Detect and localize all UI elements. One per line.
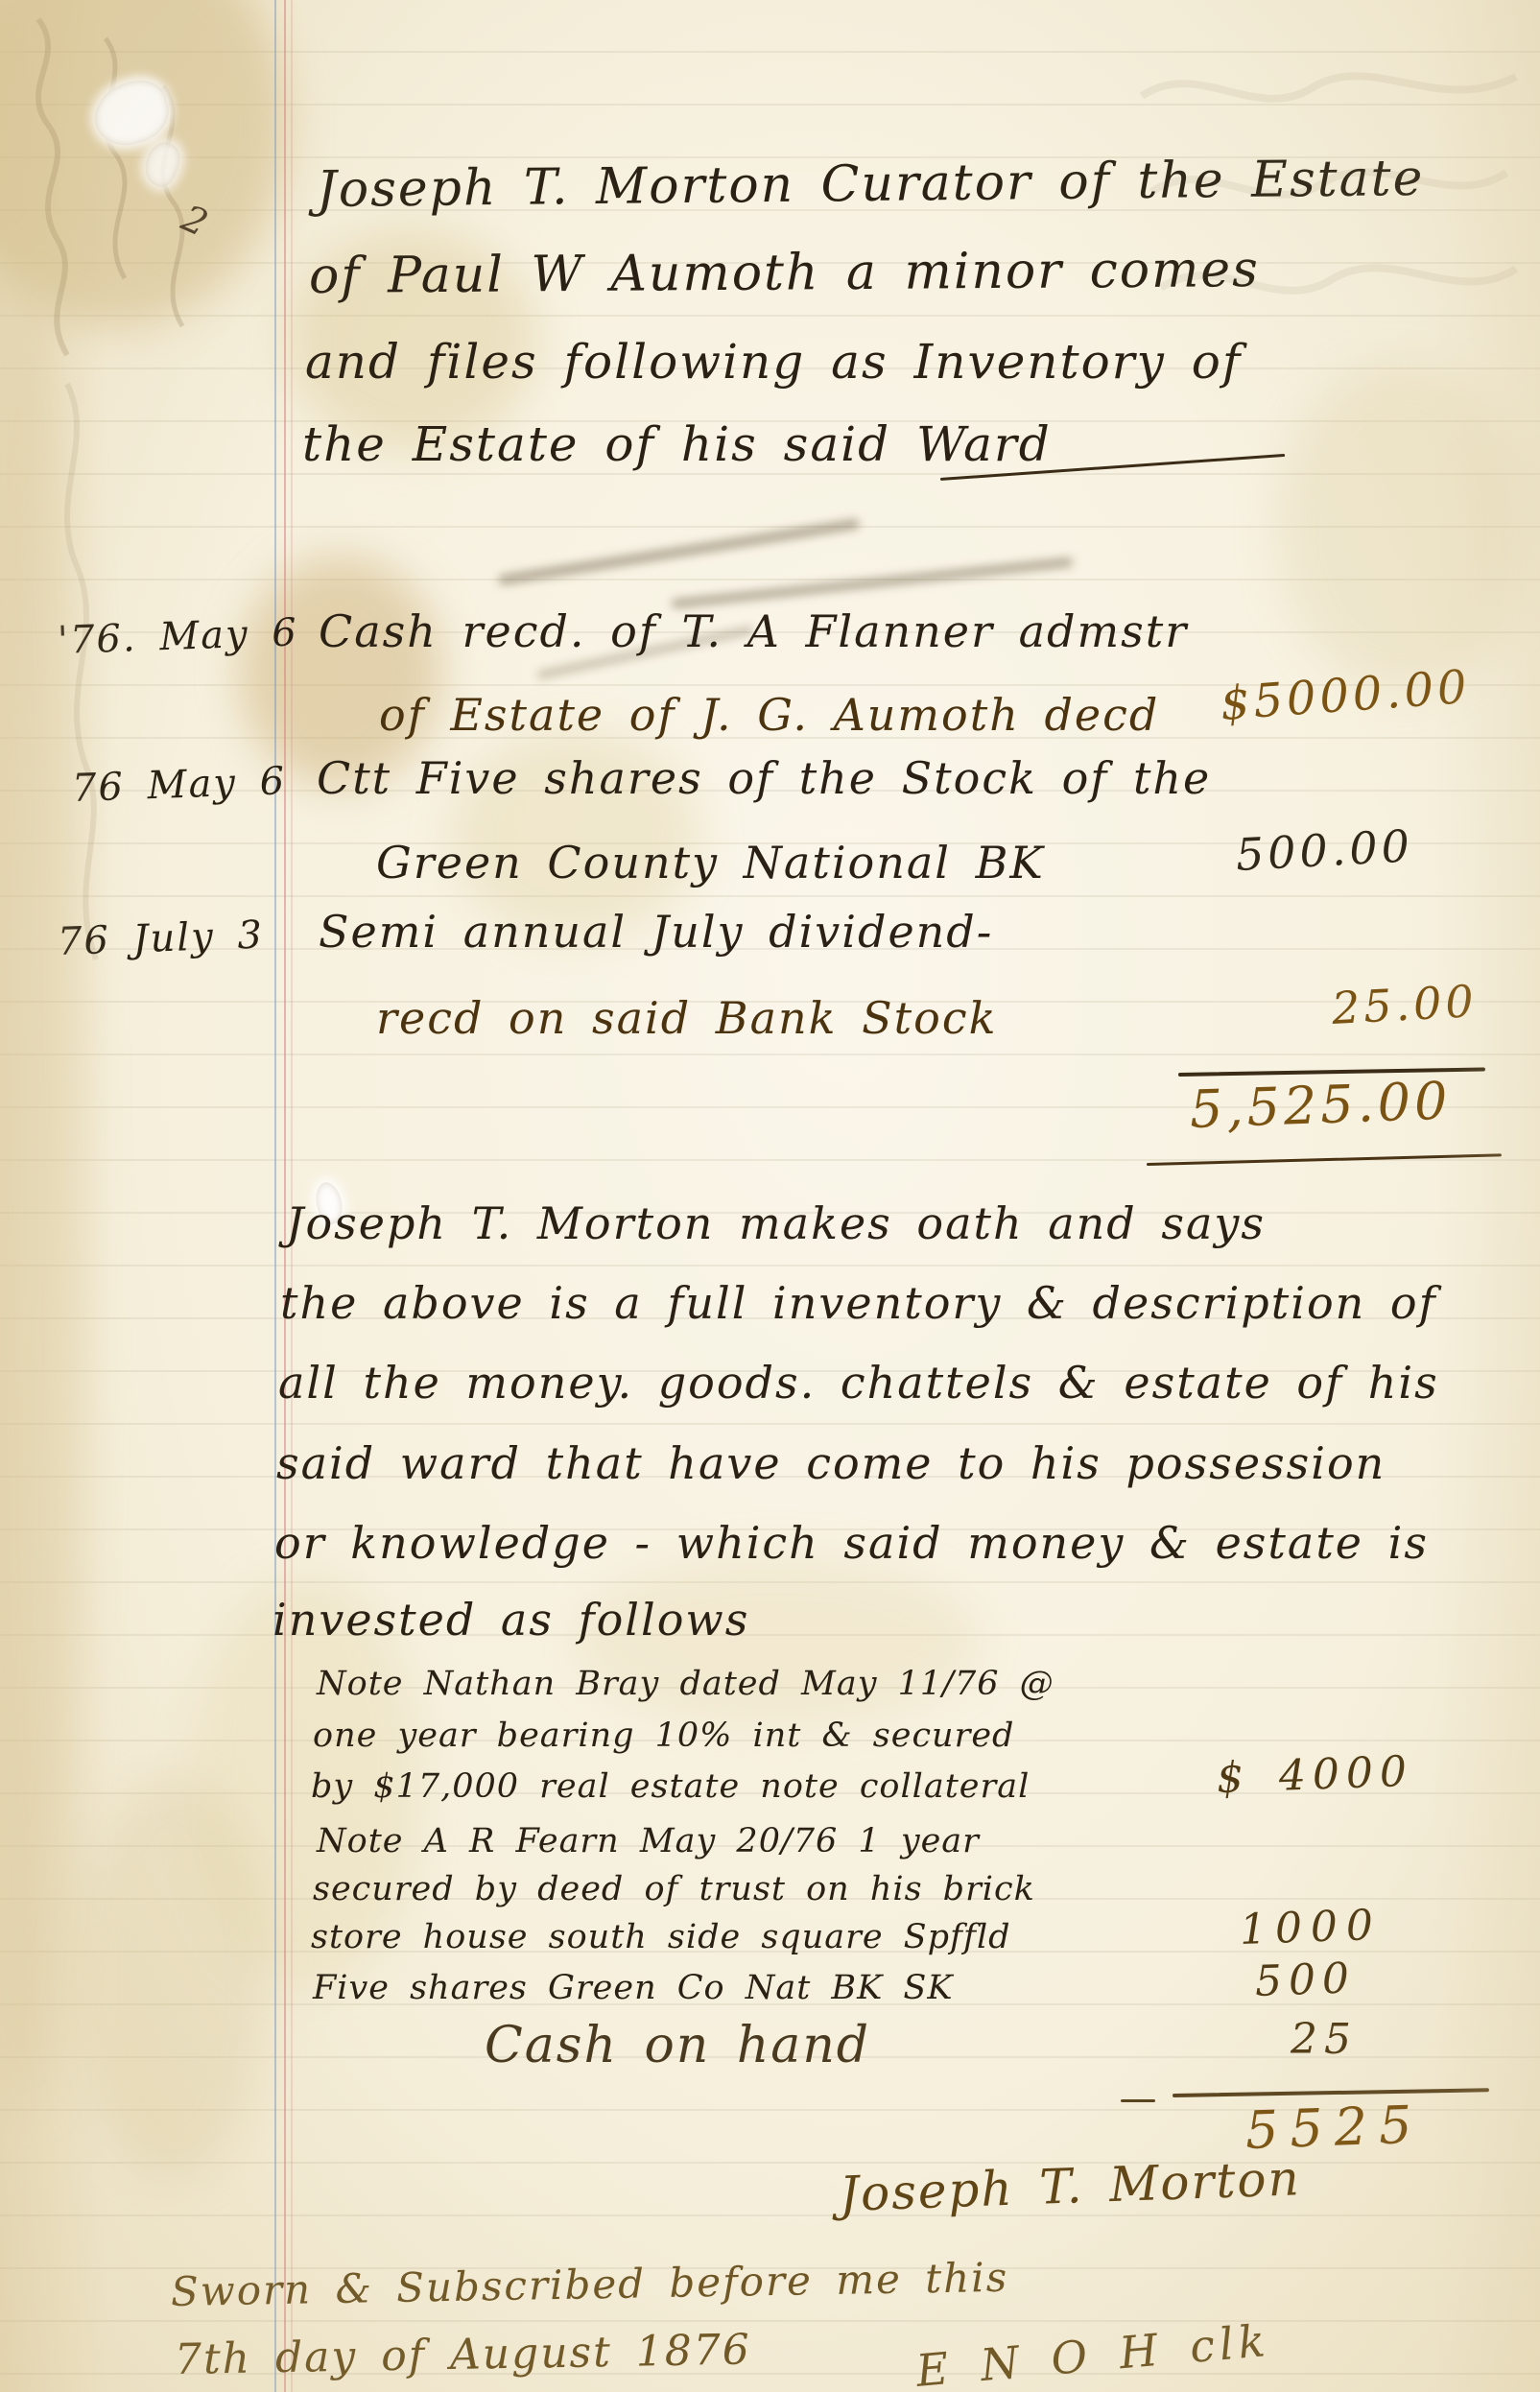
ledger-amount-2: 500.00	[1235, 823, 1414, 877]
investment-line-8: Cash on hand	[485, 2021, 870, 2071]
ledger-amount-1: $5000.00	[1219, 664, 1472, 727]
investment-line-7: Five shares Green Co Nat BK SK	[313, 1972, 954, 2005]
document-page: 2 Joseph T. Morton Curator of the Estate…	[0, 0, 1540, 2392]
stain	[77, 1775, 269, 2178]
opening-line-3: and files following as Inventory of	[305, 338, 1242, 386]
margin-rule-blue	[274, 0, 276, 2392]
oath-line-4: said ward that have come to his possessi…	[276, 1441, 1386, 1485]
ledger-text-3b: recd on said Bank Stock	[376, 996, 997, 1040]
ink-smudge	[672, 557, 1074, 608]
investment-line-5: secured by deed of trust on his brick	[313, 1873, 1035, 1906]
stain	[0, 0, 288, 326]
ledger-date-2: 76 May 6	[71, 762, 286, 808]
investment-sum-rule	[1173, 2088, 1489, 2097]
attestation-line-1: Sworn & Subscribed before me this	[171, 2258, 1009, 2312]
oath-line-3: all the money. goods. chattels & estate …	[278, 1361, 1439, 1405]
margin-rule-red-faint	[291, 0, 293, 2392]
ledger-date-3: 76 July 3	[57, 916, 264, 961]
oath-line-6: invested as follows	[272, 1598, 749, 1642]
margin-rule-red	[284, 0, 286, 2392]
investment-line-4: Note A R Fearn May 20/76 1 year	[317, 1825, 980, 1859]
stain	[1276, 365, 1526, 691]
investment-amount-3: $ 4000	[1216, 1751, 1413, 1800]
bleedthrough-marks	[0, 0, 269, 441]
oath-line-2: the above is a full inventory & descript…	[280, 1281, 1437, 1325]
margin-mark: 2	[177, 200, 214, 243]
attestation-line-2: 7th day of August 1876	[175, 2330, 752, 2381]
ledger-text-1a: Cash recd. of T. A Flanner admstr	[319, 609, 1188, 653]
paper-flaw	[139, 137, 186, 190]
ink-smudge	[498, 519, 860, 585]
investment-line-3: by $17,000 real estate note collateral	[311, 1770, 1030, 1804]
investment-amount-8: 25	[1291, 2019, 1358, 2061]
ledger-text-3a: Semi annual July dividend-	[319, 910, 993, 954]
ledger-amount-3: 25.00	[1331, 979, 1479, 1030]
ledger-text-2a: Ctt Five shares of the Stock of the	[317, 756, 1211, 800]
total-rule	[1147, 1153, 1502, 1166]
punch-hole	[87, 75, 175, 153]
investment-amount-6: 1000	[1239, 1905, 1382, 1952]
clerk-signature: E N O H clk	[914, 2318, 1271, 2392]
oath-line-1: Joseph T. Morton makes oath and says	[286, 1201, 1266, 1245]
investment-line-2: one year bearing 10% int & secured	[313, 1719, 1014, 1753]
opening-line-1: Joseph T. Morton Curator of the Estate	[317, 154, 1425, 215]
ledger-total: 5,525.00	[1189, 1076, 1452, 1136]
investment-total: 5525	[1244, 2099, 1424, 2157]
oath-line-5: or knowledge - which said money & estate…	[274, 1521, 1429, 1565]
ledger-date-1: '76. May 6	[57, 613, 298, 660]
signature: Joseph T. Morton	[839, 2154, 1301, 2218]
investment-line-1: Note Nathan Bray dated May 11/76 @	[317, 1668, 1054, 1701]
investment-line-6: store house south side square Spffld	[311, 1921, 1011, 1954]
opening-line-2: of Paul W Aumoth a minor comes	[309, 245, 1260, 301]
ledger-text-1b: of Estate of J. G. Aumoth decd	[379, 693, 1159, 737]
investment-sum-rule-dash	[1121, 2099, 1155, 2102]
ledger-text-2b: Green County National BK	[376, 841, 1045, 885]
investment-amount-7: 500	[1254, 1957, 1356, 2003]
opening-line-4: the Estate of his said Ward	[302, 420, 1052, 468]
stain	[0, 288, 86, 2111]
